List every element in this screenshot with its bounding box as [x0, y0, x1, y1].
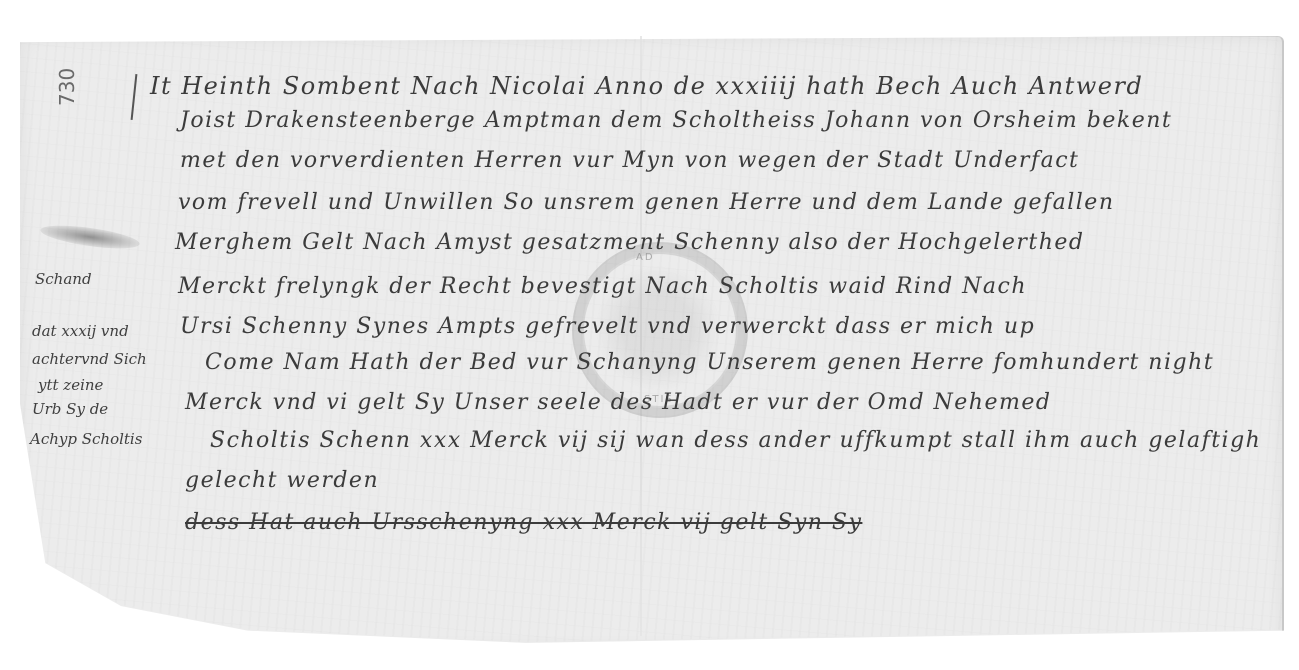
body-line-8: Come Nam Hath der Bed vur Schanyng Unser… [205, 350, 1214, 375]
margin-note-line-2: dat xxxij vnd [32, 322, 129, 340]
body-line-1: It Heinth Sombent Nach Nicolai Anno de x… [150, 72, 1143, 100]
margin-note-line-1: Schand [35, 270, 92, 288]
margin-note-line-5: Urb Sy de [32, 400, 108, 418]
body-line-10: Scholtis Schenn xxx Merck vij sij wan de… [210, 428, 1261, 453]
margin-note-line-6: Achyp Scholtis [30, 430, 142, 448]
margin-note-line-4: ytt zeine [38, 376, 103, 394]
shelf-mark: 730 [55, 68, 79, 106]
body-line-6: Merckt frelyngk der Recht bevestigt Nach… [178, 274, 1027, 299]
body-line-5: Merghem Gelt Nach Amyst gesatzment Schen… [175, 230, 1084, 255]
body-line-11: gelecht werden [185, 468, 379, 493]
body-line-9: Merck vnd vi gelt Sy Unser seele des Had… [185, 390, 1051, 415]
body-line-3: met den vorverdienten Herren vur Myn von… [180, 148, 1079, 173]
body-line-7: Ursi Schenny Synes Ampts gefrevelt vnd v… [180, 314, 1035, 339]
body-line-4: vom frevell und Unwillen So unsrem genen… [178, 190, 1114, 215]
margin-note-line-3: achtervnd Sich [32, 350, 147, 368]
body-line-2: Joist Drakensteenberge Amptman dem Schol… [180, 108, 1172, 133]
struck-through-line: dess Hat auch Ursschenyng xxx Merck vij … [185, 510, 862, 535]
